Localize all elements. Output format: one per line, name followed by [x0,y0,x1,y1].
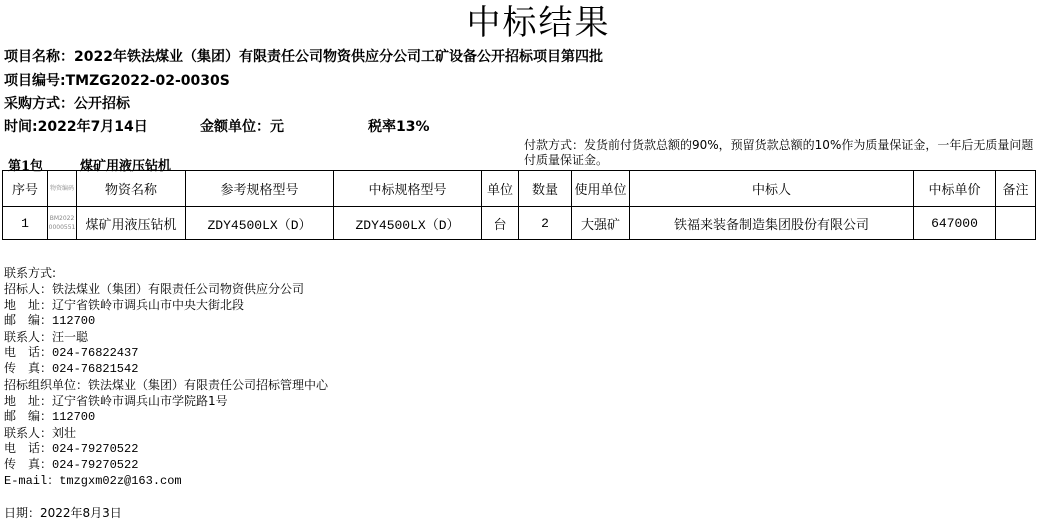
cell-unit: 台 [482,207,519,240]
col-header: 备注 [996,171,1036,207]
contact-heading: 联系方式: [4,265,328,281]
col-header: 使用单位 [572,171,630,207]
cell-remark [996,207,1036,240]
cell-seq: 1 [3,207,48,240]
col-header: 单位 [482,171,519,207]
tax-rate: 税率13% [368,118,430,136]
contact-line: 地 址：辽宁省铁岭市调兵山市学院路1号 [4,393,328,409]
contact-line: 邮 编：112700 [4,313,328,329]
project-number: 项目编号:TMZG2022-02-0030S [4,72,230,90]
col-header: 序号 [3,171,48,207]
col-header: 参考规格型号 [186,171,334,207]
col-header: 中标人 [630,171,914,207]
award-table: 序号 物资编码 物资名称 参考规格型号 中标规格型号 单位 数量 使用单位 中标… [2,170,1036,240]
col-header: 物资名称 [77,171,186,207]
cell-quantity: 2 [519,207,572,240]
page-title: 中标结果 [0,2,1037,44]
contact-line: 联系人：汪一聪 [4,329,328,345]
cell-user-unit: 大强矿 [572,207,630,240]
contact-line: 传 真：024-76821542 [4,361,328,377]
payment-terms: 付款方式：发货前付货款总额的90%，预留货款总额的10%作为质量保证金，一年后无… [524,138,1036,168]
contact-line: 传 真：024-79270522 [4,457,328,473]
contact-line: 电 话：024-76822437 [4,345,328,361]
contact-line: 招标人：铁法煤业（集团）有限责任公司物资供应分公司 [4,281,328,297]
table-header-row: 序号 物资编码 物资名称 参考规格型号 中标规格型号 单位 数量 使用单位 中标… [3,171,1036,207]
col-header: 中标规格型号 [334,171,482,207]
cell-material-code: BM20220000551 [48,207,77,240]
col-header: 物资编码 [48,171,77,207]
cell-win-spec: ZDY4500LX（D） [334,207,482,240]
contact-line: 电 话：024-79270522 [4,441,328,457]
cell-ref-spec: ZDY4500LX（D） [186,207,334,240]
contact-email[interactable]: E-mail：tmzgxm02z@163.com [4,473,328,489]
bid-time: 时间:2022年7月14日 [4,118,148,136]
contact-section: 联系方式: 招标人：铁法煤业（集团）有限责任公司物资供应分公司 地 址：辽宁省铁… [4,265,328,521]
spacer [4,489,328,505]
contact-line: 邮 编：112700 [4,409,328,425]
contact-line: 地 址：辽宁省铁岭市调兵山市中央大街北段 [4,297,328,313]
cell-unit-price: 647000 [914,207,996,240]
procurement-method: 采购方式：公开招标 [4,95,130,113]
cell-material-name: 煤矿用液压钻机 [77,207,186,240]
contact-line: 联系人：刘壮 [4,425,328,441]
contact-line: 招标组织单位：铁法煤业（集团）有限责任公司招标管理中心 [4,377,328,393]
announcement-date: 日期：2022年8月3日 [4,505,328,521]
currency-unit: 金额单位：元 [200,118,284,136]
cell-winner: 铁福来装备制造集团股份有限公司 [630,207,914,240]
col-header: 中标单价 [914,171,996,207]
table-row: 1 BM20220000551 煤矿用液压钻机 ZDY4500LX（D） ZDY… [3,207,1036,240]
project-name: 项目名称：2022年铁法煤业（集团）有限责任公司物资供应分公司工矿设备公开招标项… [4,48,603,66]
col-header: 数量 [519,171,572,207]
